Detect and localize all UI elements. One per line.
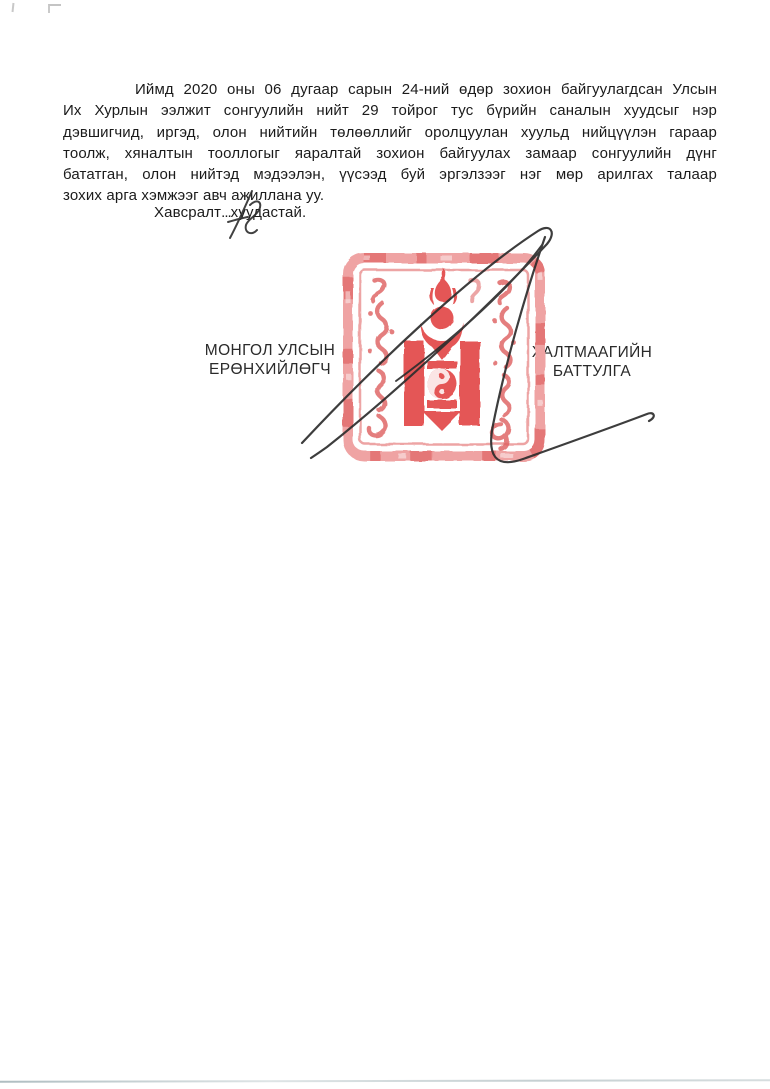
- body-line: дэвшигчид, иргэд, олон нийтийн төлөөллий…: [63, 122, 717, 143]
- body-line: Иймд 2020 оны 06 дугаар сарын 24-ний өдө…: [63, 79, 717, 100]
- seal-and-signature-area: [200, 180, 680, 480]
- scan-artifact: [48, 4, 61, 13]
- seal-script-left: [368, 280, 394, 436]
- scan-artifact: [12, 3, 15, 12]
- soyombo-emblem-icon: [404, 268, 480, 431]
- presidential-seal-stamp-icon: [348, 258, 540, 456]
- handwritten-page-count: [228, 191, 260, 238]
- body-line: тоолж, хяналтын тооллогыг яаралтай зохио…: [63, 143, 717, 164]
- scan-edge-line: [0, 1079, 770, 1083]
- body-line: Их Хурлын ээлжит сонгуулийн нийт 29 тойр…: [63, 100, 717, 121]
- scanned-letter-page: Иймд 2020 оны 06 дугаар сарын 24-ний өдө…: [0, 0, 770, 1089]
